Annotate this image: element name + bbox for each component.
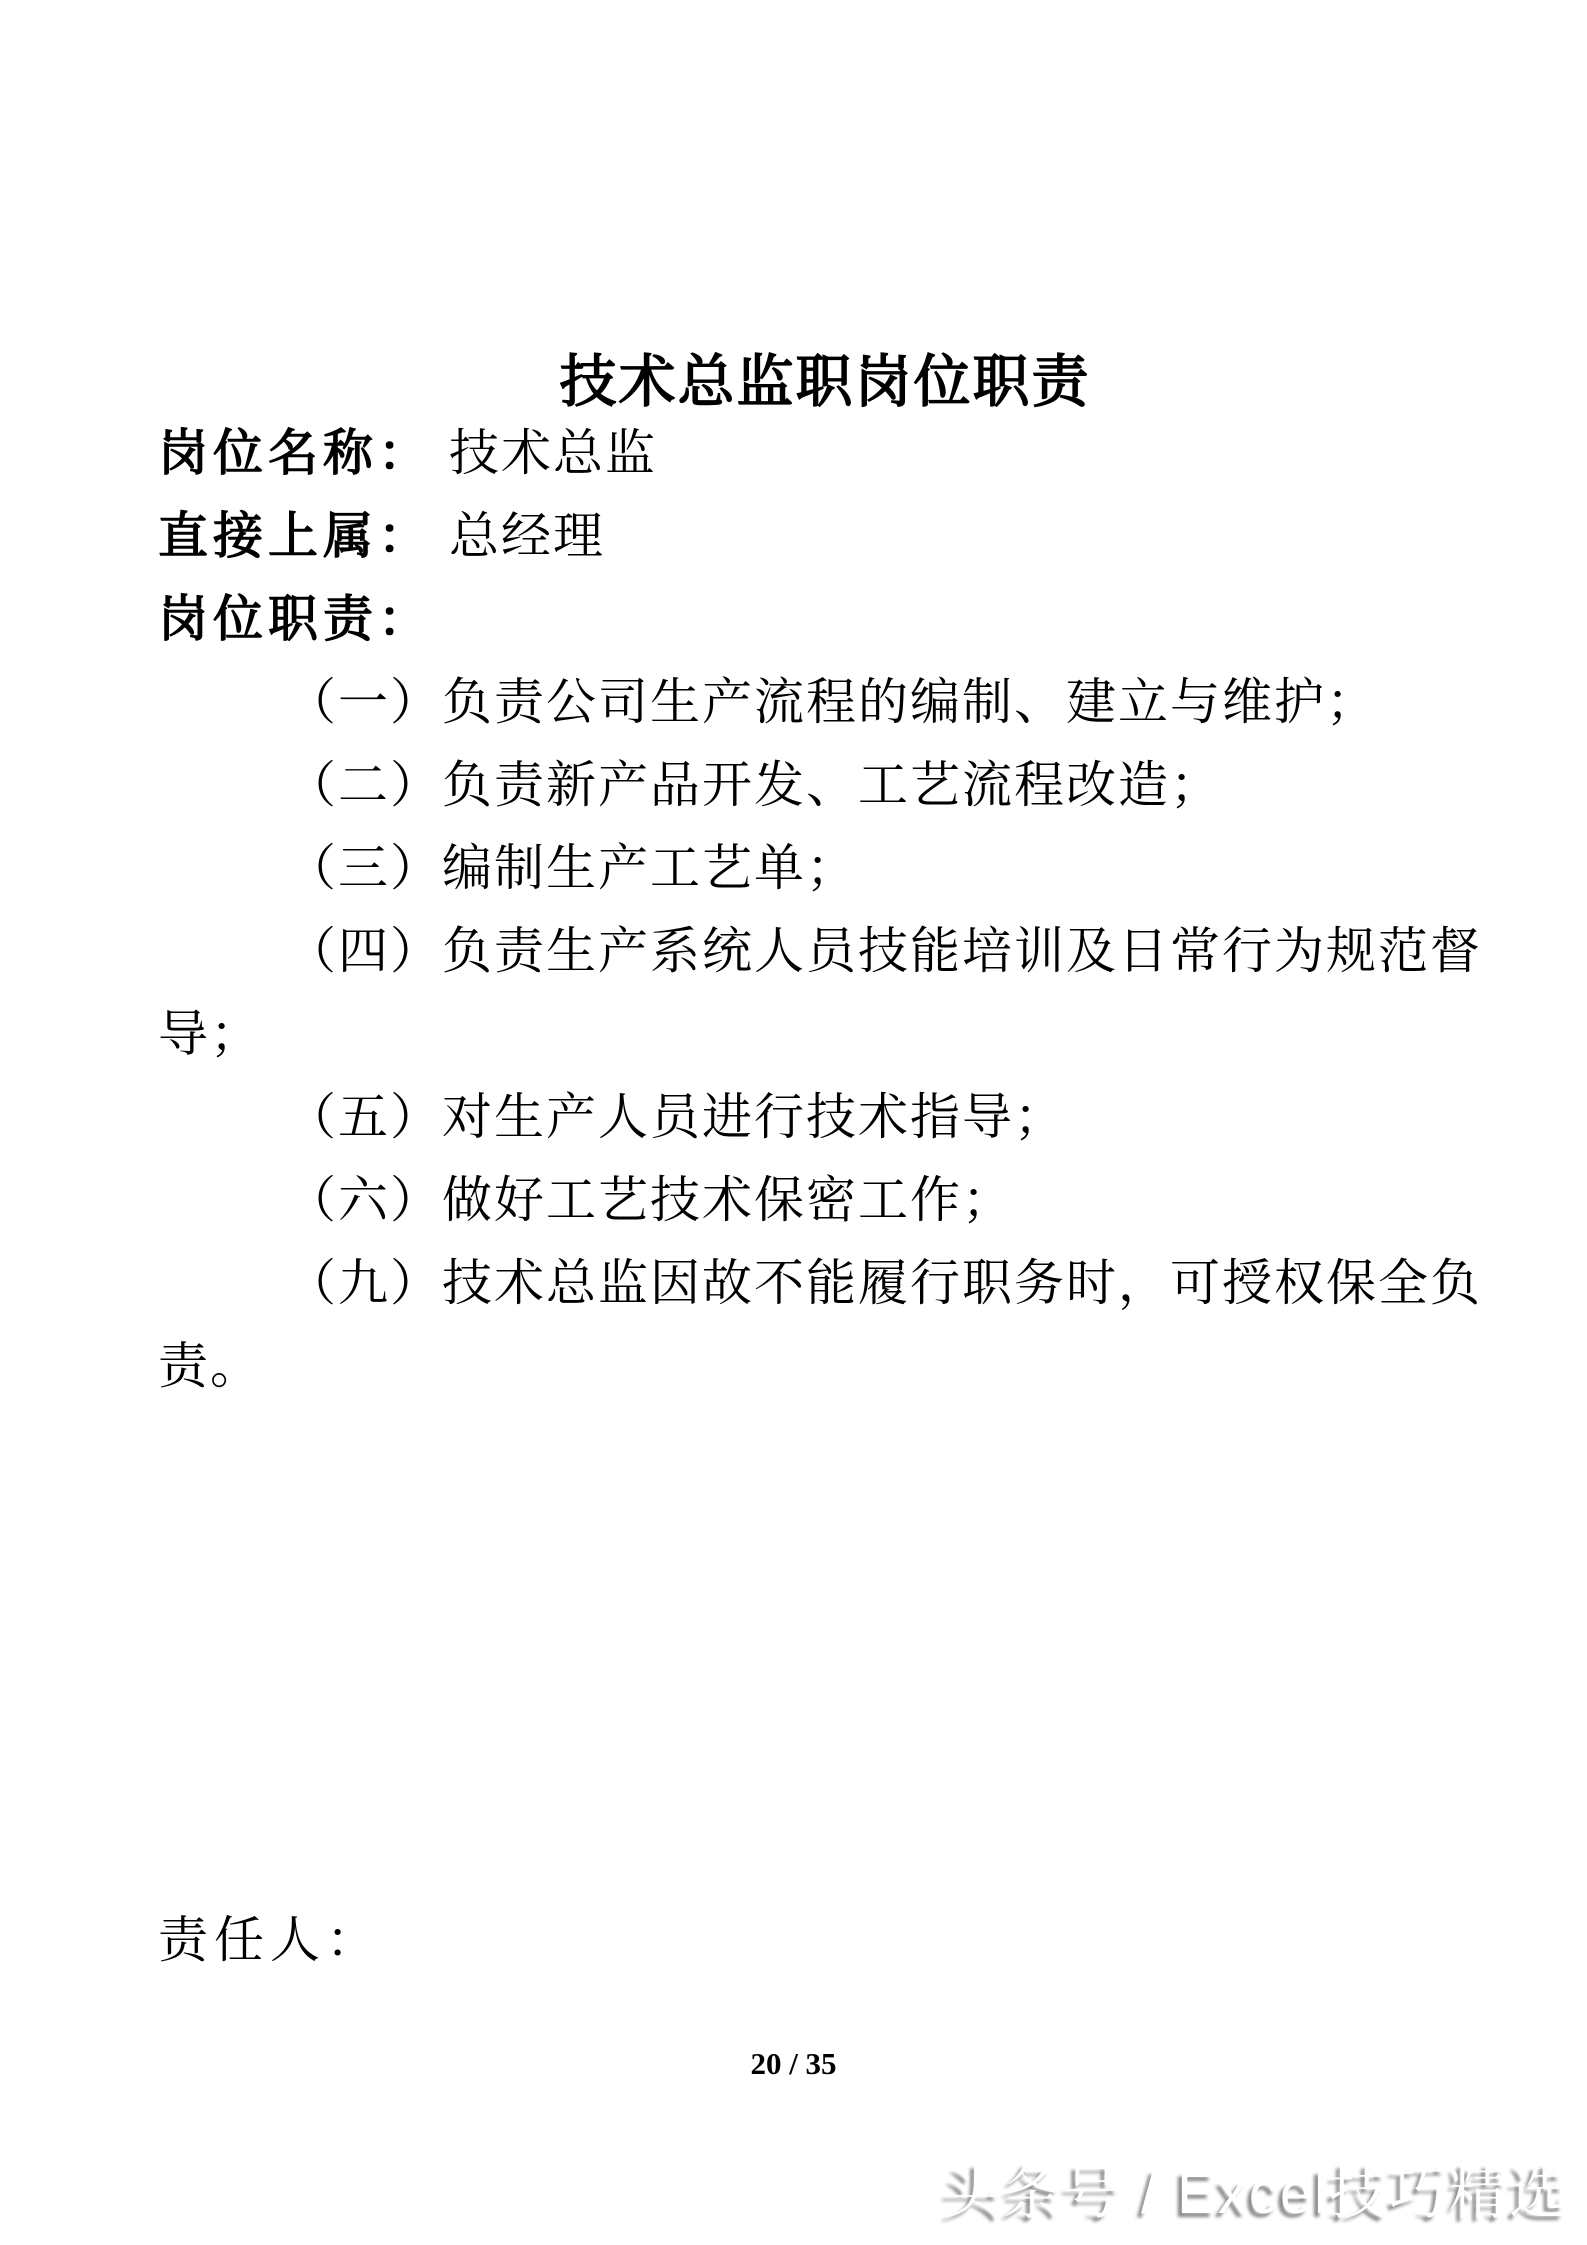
responsible-person-label: 责任人： (158, 1900, 382, 1972)
field-label: 直接上属： (158, 508, 433, 564)
duty-item-9-continuation: 责。 (158, 1325, 1492, 1408)
document-page: 技术总监职岗位职责 岗位名称：技术总监 直接上属：总经理 岗位职责： （一）负责… (0, 0, 1587, 2245)
duty-item-5: （五）对生产人员进行技术指导； (158, 1076, 1492, 1159)
duty-item-9: （九）技术总监因故不能履行职务时，可授权保全负 (158, 1242, 1492, 1325)
field-label: 岗位名称： (158, 425, 433, 481)
duty-item-4-continuation: 导； (158, 993, 1492, 1076)
duty-item-6: （六）做好工艺技术保密工作； (158, 1159, 1492, 1242)
duty-item-4: （四）负责生产系统人员技能培训及日常行为规范督 (158, 910, 1492, 993)
document-title: 技术总监职岗位职责 (158, 336, 1492, 418)
field-label: 岗位职责： (158, 591, 433, 647)
field-direct-superior: 直接上属：总经理 (158, 495, 1492, 578)
field-job-duties-heading: 岗位职责： (158, 578, 1492, 661)
field-position-name: 岗位名称：技术总监 (158, 412, 1492, 495)
duty-item-3: （三）编制生产工艺单； (158, 827, 1492, 910)
page-number: 20 / 35 (0, 2046, 1587, 2082)
field-value: 技术总监 (449, 425, 657, 481)
document-body: 岗位名称：技术总监 直接上属：总经理 岗位职责： （一）负责公司生产流程的编制、… (158, 412, 1492, 1408)
field-value: 总经理 (449, 508, 605, 564)
watermark-text: 头条号 / Excel技巧精选 (943, 2146, 1569, 2230)
duty-item-1: （一）负责公司生产流程的编制、建立与维护； (158, 661, 1492, 744)
duty-item-2: （二）负责新产品开发、工艺流程改造； (158, 744, 1492, 827)
